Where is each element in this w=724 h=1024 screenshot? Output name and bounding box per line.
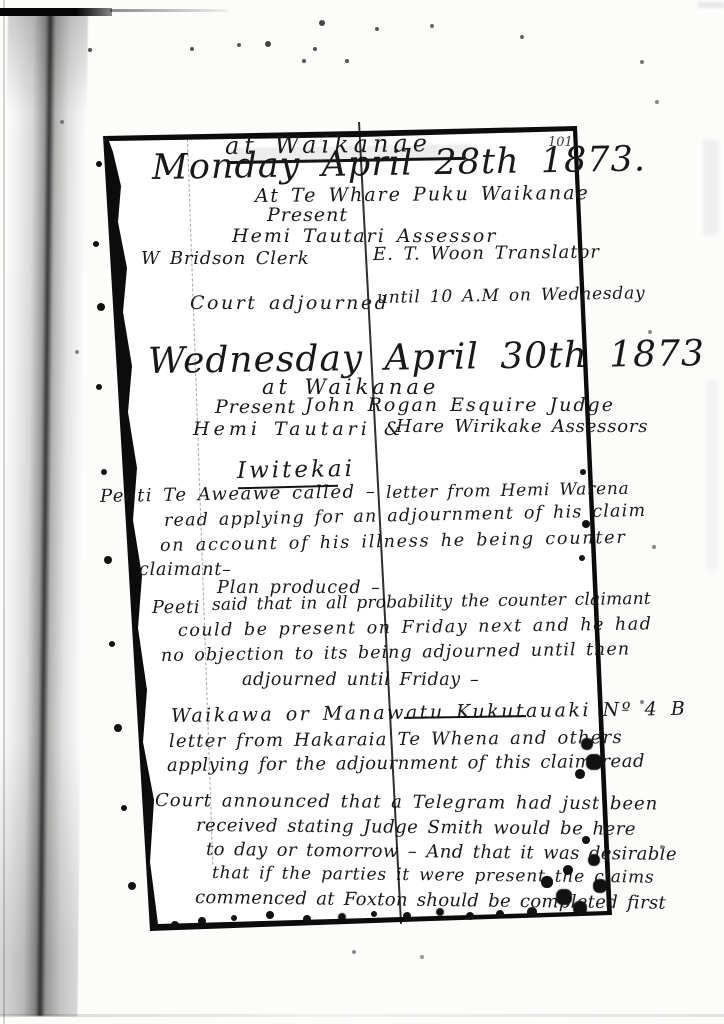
binding-edge-mark-faint xyxy=(110,9,228,12)
clerk-name: W Bridson Clerk xyxy=(141,250,309,268)
adjournment-note: Court adjourned xyxy=(190,294,389,313)
manuscript-line: Peeti xyxy=(152,600,200,618)
scanned-manuscript-page: at Waikanae 101 Monday April 28th 1873. … xyxy=(0,0,724,1024)
session1-date-heading: Monday April 28th 1873. xyxy=(152,142,647,186)
manuscript-line: to day or tomorrow – And that it was des… xyxy=(206,841,677,864)
assessor-name: Hare Wirikake Assessors xyxy=(396,418,648,436)
paper-smudge xyxy=(706,380,718,570)
manuscript-line: that if the parties it were present the … xyxy=(212,865,655,887)
paper-smudge xyxy=(698,2,724,8)
manuscript-line: letter from Hakaraia Te Whena and others xyxy=(169,729,623,751)
manuscript-line: applying for the adjournment of this cla… xyxy=(167,753,645,775)
case-title: Waikawa or Manawatu Kukutauaki Nº 4 B xyxy=(171,700,687,726)
scan-bottom-edge xyxy=(0,1014,724,1017)
present-label: Present xyxy=(215,398,296,417)
paper-speckles xyxy=(0,0,4,4)
manuscript-line: Peeti Te Aweawe called – xyxy=(100,483,377,506)
binding-shadow-band xyxy=(0,12,88,1017)
binding-edge-mark xyxy=(0,8,112,16)
translator-name: E. T. Woon Translator xyxy=(373,244,600,264)
case-title: Iwitekai xyxy=(237,458,355,483)
session2-date-heading: Wednesday April 30th 1873 xyxy=(148,336,705,380)
manuscript-line: letter from Hemi Warena xyxy=(386,481,630,502)
paper-smudge xyxy=(703,140,719,235)
manuscript-line: Court announced that a Telegram had just… xyxy=(155,792,658,814)
manuscript-line: received stating Judge Smith would be he… xyxy=(196,817,636,839)
adjournment-note: until 10 A.M on Wednesday xyxy=(377,285,646,307)
manuscript-line: claimant– xyxy=(139,562,232,580)
session1-location: At Te Whare Puku Waikanae xyxy=(255,184,590,206)
manuscript-line: adjourned until Friday – xyxy=(242,672,479,690)
judge-name: John Rogan Esquire Judge xyxy=(305,396,615,415)
present-label: Present xyxy=(267,206,348,225)
